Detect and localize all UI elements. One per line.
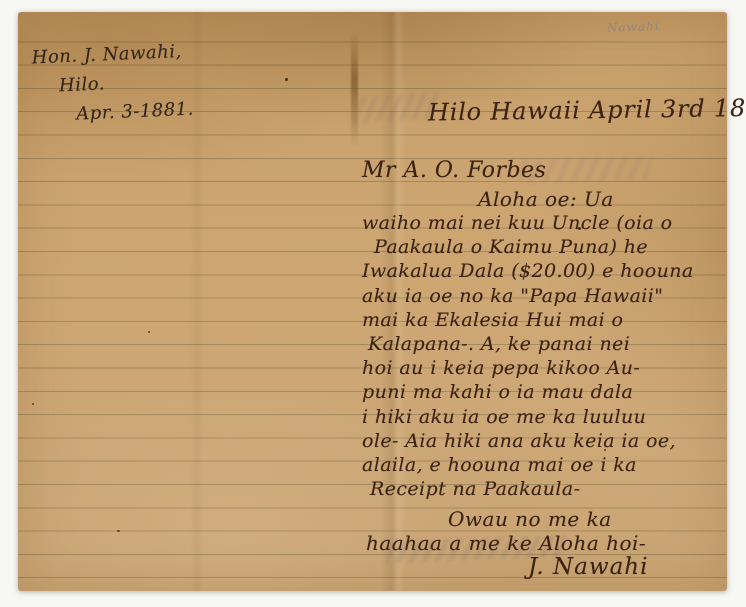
archival-note: Hon. J. Nawahi, Hilo. Apr. 3-1881. xyxy=(31,37,194,131)
fold-stain xyxy=(351,35,358,147)
letter-body-line: Paakaula o Kaimu Puna) he xyxy=(374,236,694,260)
ink-speck xyxy=(148,331,150,333)
letter-body-line: puni ma kahi o ia mau dala xyxy=(362,381,694,405)
scanned-letter-page: Hon. J. Nawahi, Hilo. Apr. 3-1881. Nawah… xyxy=(0,0,746,607)
archival-note-date: Apr. 3-1881. xyxy=(76,95,195,129)
letter-dateline: Hilo Hawaii April 3rd 1881 xyxy=(428,94,746,127)
letter-body-line: alaila, e hoouna mai oe i ka xyxy=(362,454,694,478)
ink-speck xyxy=(32,403,34,405)
letter-body-line: Iwakalua Dala ($20.00) e hoouna xyxy=(362,260,694,284)
letter-body: waiho mai nei kuu Uncle (oia o Paakaula … xyxy=(362,212,694,502)
letter-signature: J. Nawahi xyxy=(528,554,648,580)
letter-body-line: Kalapana-. A, ke panai nei xyxy=(368,333,694,357)
letter-recipient: Mr A. O. Forbes xyxy=(362,158,546,183)
letter-body-line: Receipt na Paakaula- xyxy=(370,478,694,502)
ink-speck xyxy=(285,78,288,81)
letter-body-line: i hiki aku ia oe me ka luuluu xyxy=(362,406,694,430)
ink-speck xyxy=(117,530,120,532)
letter-closing-line: haahaa a me ke Aloha hoi- xyxy=(366,531,646,555)
letter-body-line: waiho mai nei kuu Uncle (oia o xyxy=(362,212,694,236)
pencil-annotation: Nawahi xyxy=(607,19,660,35)
letter-body-line: mai ka Ekalesia Hui mai o xyxy=(362,309,694,333)
letter-body-line: ole- Aia hiki ana aku keia ia oe, xyxy=(362,430,694,454)
letter-body-line: hoi au i keia pepa kikoo Au- xyxy=(362,357,694,381)
letter-salutation: Aloha oe: Ua xyxy=(478,187,614,211)
letter-body-line: aku ia oe no ka "Papa Hawaii" xyxy=(362,285,694,309)
letter-closing-line: Owau no me ka xyxy=(448,507,612,531)
